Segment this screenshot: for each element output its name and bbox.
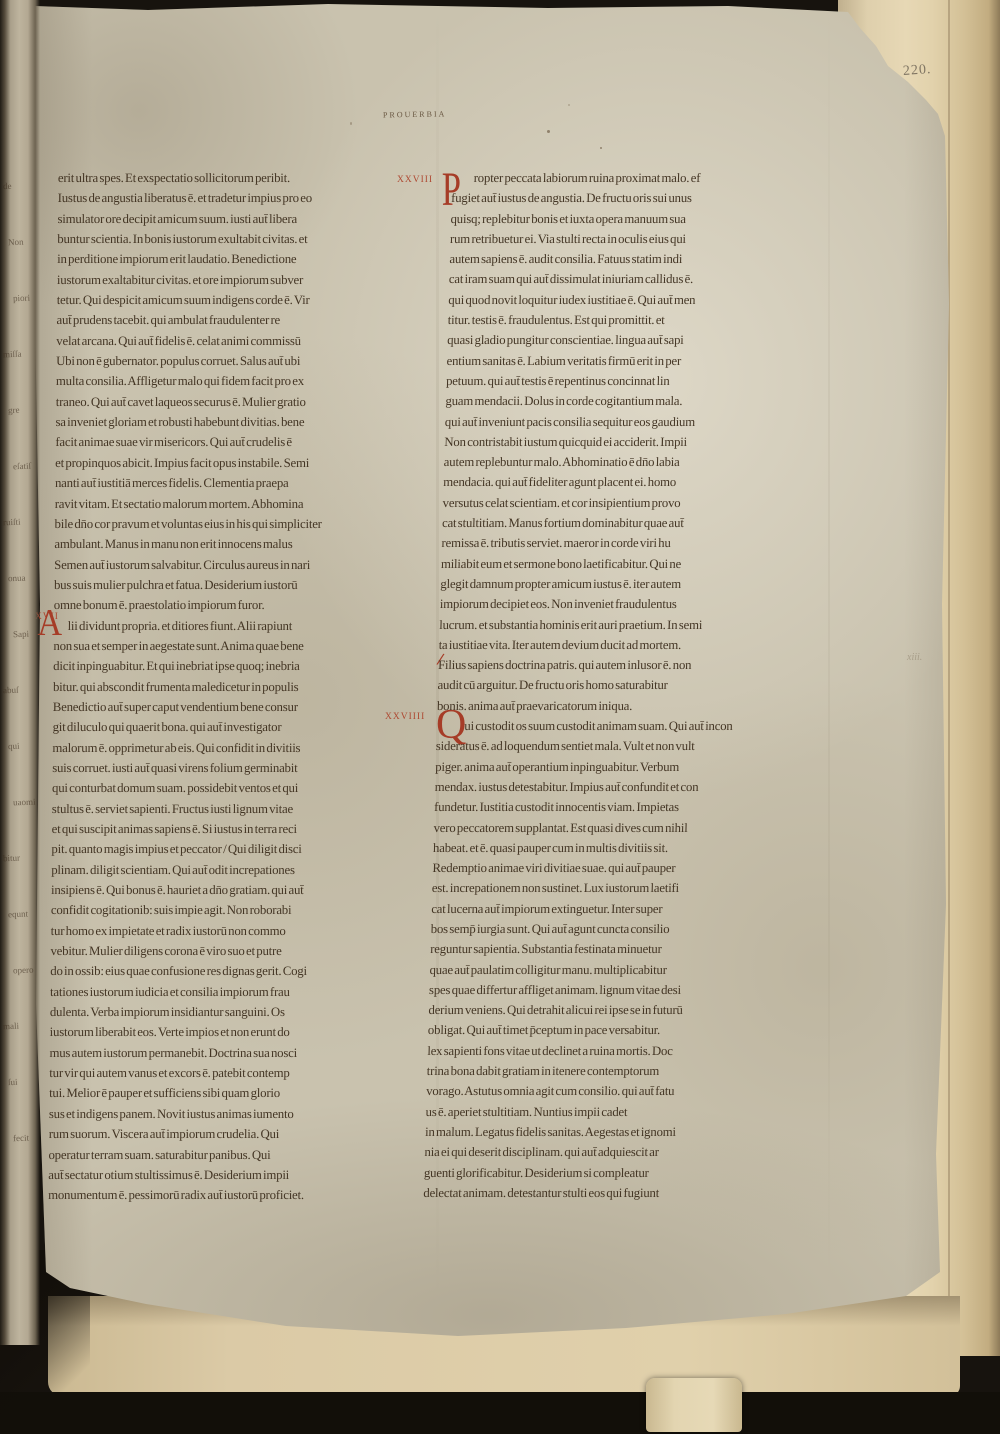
manuscript-photo: deNonpiorimiſſagreeſatiſruiſtionuaSapiab…	[0, 0, 1000, 1434]
manuscript-line: facit animae suae vir misericors. Qui au…	[55, 432, 395, 452]
ink-speck	[600, 147, 602, 149]
manuscript-line: buntur scientia. In bonis iustorum exult…	[57, 229, 397, 249]
manuscript-line: titur. testis ē. fraudulentus. Est qui p…	[447, 310, 793, 330]
binding-gutter: deNonpiorimiſſagreeſatiſruiſtionuaSapiab…	[0, 0, 40, 1345]
manuscript-line: stultus ē. serviet sapienti. Fructus ius…	[52, 799, 392, 819]
manuscript-line: derium veniens. Qui detrahit alicui rei …	[428, 1000, 774, 1020]
folio-number: 220.	[902, 62, 932, 80]
manuscript-line: delectat animam. detestantur stulti eos …	[423, 1183, 769, 1203]
facing-page-fragment: Sapi	[13, 630, 29, 640]
manuscript-line: tetur. Qui despicit amicum suum indigens…	[57, 290, 397, 310]
manuscript-line: ui custodit os suum custodit animam suam…	[436, 716, 782, 736]
manuscript-line: glegit damnum propter amicum iustus ē. i…	[440, 574, 786, 594]
manuscript-line: operatur terram suam. saturabitur panibu…	[48, 1145, 388, 1165]
manuscript-line: in perditione impiorum erit laudatio. Be…	[57, 249, 397, 269]
ink-speck	[568, 104, 570, 106]
manuscript-line: vorago. Astutus omnia agit cum consilio.…	[426, 1081, 772, 1101]
facing-page-fragment: opero	[13, 966, 34, 976]
manuscript-line: iustorum liberabit eos. Verte impios et …	[50, 1022, 390, 1042]
manuscript-line: bonis. anima aut̄ praevaricatorum iniqua…	[437, 696, 783, 716]
manuscript-line: reguntur sapientia. Substantia festinata…	[430, 939, 776, 959]
manuscript-line: Filius sapiens doctrina patris. qui aute…	[438, 655, 784, 675]
manuscript-line: nanti aut̄ iustitiā merces fidelis. Clem…	[55, 473, 395, 493]
facing-page-fragment: fecit	[13, 1134, 29, 1144]
manuscript-line: us ē. aperiet stultitiam. Nuntius impii …	[425, 1102, 771, 1122]
manuscript-line: Ubi non ē gubernator. populus corruet. S…	[56, 351, 396, 371]
manuscript-line: lex sapienti fons vitae ut declinet a ru…	[427, 1041, 773, 1061]
manuscript-line: bus suis mulier pulchra et fatua. Deside…	[54, 575, 394, 595]
manuscript-line: pit. quanto magis impius et peccator / Q…	[51, 839, 391, 859]
manuscript-line: trina bona dabit gratiam in itenere cont…	[426, 1061, 772, 1081]
manuscript-line: ambulant. Manus in manu non erit innocen…	[54, 534, 394, 554]
manuscript-line: aut̄ sectatur otium stultissimus ē. Desi…	[48, 1165, 388, 1185]
manuscript-line: lucrum. et substantia hominis erit auri …	[439, 615, 785, 635]
manuscript-line: versutus celat scientiam. et cor insipie…	[442, 493, 788, 513]
text-column-left: erit ultra spes. Et exspectatio sollicit…	[48, 168, 398, 1206]
manuscript-line: omne bonum ē. praestolatio impiorum furo…	[54, 595, 394, 615]
manuscript-line: obligat. Qui aut̄ timet p̄ceptum in pace…	[428, 1020, 774, 1040]
ink-speck	[547, 130, 550, 133]
manuscript-line: sideratus ē. ad loquendum sentiet mala. …	[436, 736, 782, 756]
manuscript-line: cat iram suam qui aut̄ dissimulat iniuri…	[449, 269, 795, 289]
manuscript-line: rum retribuetur ei. Via stulti recta in …	[450, 229, 796, 249]
photo-background-bottom	[0, 1392, 1000, 1434]
facing-page-fragment: equnt	[8, 910, 28, 920]
manuscript-line: suis corruet. iusti aut̄ quasi virens fo…	[52, 758, 392, 778]
manuscript-line: guenti glorificabitur. Desiderium si com…	[424, 1163, 770, 1183]
manuscript-line: sus et indigens panem. Novit iustus anim…	[49, 1104, 389, 1124]
manuscript-line: vebitur. Mulier diligens corona ē viro s…	[50, 941, 390, 961]
manuscript-line: in malum. Legatus fidelis sanitas. Aeges…	[425, 1122, 771, 1142]
manuscript-line: ropter peccata labiorum ruina proximat m…	[451, 168, 797, 188]
manuscript-line: ta iustitiae vita. Iter autem devium duc…	[438, 635, 784, 655]
manuscript-line: do in ossib: eius quae confusione res di…	[50, 961, 390, 981]
manuscript-line: quasi gladio pungitur conscientiae. ling…	[447, 330, 793, 350]
facing-page-fragment: piori	[13, 294, 30, 304]
manuscript-line: dicit inpinguabitur. Et qui inebriat ips…	[53, 656, 393, 676]
manuscript-line: aut̄ prudens tacebit. qui ambulat fraudu…	[56, 310, 396, 330]
manuscript-line: mendacia. qui aut̄ fideliter agunt place…	[443, 472, 789, 492]
manuscript-line: lii dividunt propria. et ditiores fiunt.…	[54, 616, 394, 636]
manuscript-line: guam mendacii. Dolus in corde cogitantiu…	[445, 391, 791, 411]
manuscript-line: quisq; replebitur bonis et iuxta opera m…	[450, 209, 796, 229]
margin-note-xiii: xiii.	[907, 652, 922, 663]
facing-page-fragment: eſatiſ	[13, 462, 31, 472]
manuscript-line: monumentum ē. pessimorū radix aut̄ iusto…	[48, 1185, 388, 1205]
facing-page-fragment: gre	[8, 406, 20, 415]
manuscript-line: sa inveniet gloriam et robusti habebunt …	[55, 412, 395, 432]
facing-page-fragment: abuſ	[3, 686, 19, 696]
manuscript-line: habeat. et ē. quasi pauper cum in multis…	[433, 838, 779, 858]
facing-page-fragment: mali	[3, 1022, 19, 1032]
manuscript-line: fugiet aut̄ iustus de angustia. De fruct…	[451, 188, 797, 208]
manuscript-line: tur homo ex impietate et radix iustorū n…	[51, 921, 391, 941]
manuscript-line: Benedictio aut̄ super caput vendentium b…	[53, 697, 393, 717]
facing-page-fragment: uaomi	[13, 798, 36, 808]
manuscript-line: impiorum decipiet eos. Non inveniet frau…	[440, 594, 786, 614]
chapter-marker-xxviii: XXVIII	[397, 175, 433, 185]
manuscript-line: plinam. diligit scientiam. Qui aut̄ odit…	[51, 860, 391, 880]
manuscript-line: autem replebuntur malo. Abhominatio ē dn…	[443, 452, 789, 472]
manuscript-line: piger. anima aut̄ operantium inpinguabit…	[435, 757, 781, 777]
manuscript-line: mus autem iustorum permanebit. Doctrina …	[49, 1043, 389, 1063]
manuscript-line: git diluculo qui quaerit bona. qui aut̄ …	[53, 717, 393, 737]
manuscript-line: multa consilia. Affligetur malo qui fide…	[56, 371, 396, 391]
manuscript-line: et propinquos abicit. Impius facit opus …	[55, 453, 395, 473]
manuscript-line: spes quae differtur affliget animam. lig…	[429, 980, 775, 1000]
parchment-crease	[828, 4, 830, 1304]
manuscript-line: qui aut̄ inveniunt pacis consilia sequit…	[445, 412, 791, 432]
manuscript-line: vero peccatorem supplantat. Est quasi di…	[433, 818, 779, 838]
manuscript-line: miliabit eum et sermone bono laetificabi…	[441, 554, 787, 574]
manuscript-line: nia ei qui deserit disciplinam. qui aut̄…	[424, 1142, 770, 1162]
manuscript-line: traneo. Qui aut̄ cavet laqueos securus ē…	[56, 392, 396, 412]
manuscript-line: est. increpationem non sustinet. Lux ius…	[432, 878, 778, 898]
manuscript-line: dulenta. Verba impiorum insidiantur sang…	[50, 1002, 390, 1022]
facing-page-fragment: ſui	[8, 1078, 18, 1087]
manuscript-line: autem sapiens ē. audit consilia. Fatuus …	[449, 249, 795, 269]
facing-page-fragment: onua	[8, 574, 26, 584]
manuscript-line: simulator ore decipit amicum suum. iusti…	[57, 209, 397, 229]
manuscript-line: cat lucerna aut̄ impiorum extinguetur. I…	[431, 899, 777, 919]
manuscript-line: Redemptio animae viri divitiae suae. qui…	[432, 858, 778, 878]
manuscript-line: tui. Melior ē pauper et sufficiens sibi …	[49, 1083, 389, 1103]
manuscript-line: tationes iustorum iudicia et consilia im…	[50, 982, 390, 1002]
manuscript-line: entium sanitas ē. Labium veritatis firmū…	[446, 351, 792, 371]
facing-page-fragment: ruiſti	[3, 518, 21, 528]
manuscript-line: confidit cogitationib: suis impie agit. …	[51, 900, 391, 920]
manuscript-line: remissa ē. tributis serviet. maeror in c…	[441, 533, 787, 553]
manuscript-line: et qui suscipit animas sapiens ē. Si ius…	[52, 819, 392, 839]
facing-page-fragment: qui	[8, 742, 20, 751]
manuscript-line: bos semp̄ iurgia sunt. Qui aut̄ agunt cu…	[430, 919, 776, 939]
manuscript-line: qui conturbat domum suam. possidebit ven…	[52, 778, 392, 798]
manuscript-line: audit cū arguitur. De fructu oris homo s…	[437, 675, 783, 695]
manuscript-line: Non contristabit iustum quicquid ei acci…	[444, 432, 790, 452]
manuscript-line: Semen aut̄ iustorum salvabitur. Circulus…	[54, 555, 394, 575]
manuscript-line: fundetur. Iustitia custodit innocentis v…	[434, 797, 780, 817]
text-column-right: ropter peccata labiorum ruina proximat m…	[423, 168, 797, 1203]
manuscript-line: qui quod novit loquitur iudex iustitiae …	[448, 290, 794, 310]
manuscript-line: iustorum exaltabitur civitas. et ore imp…	[57, 270, 397, 290]
manuscript-line: velat arcana. Qui aut̄ fidelis ē. celat …	[56, 331, 396, 351]
manuscript-line: Iustus de angustia liberatus ē. et trade…	[58, 188, 398, 208]
manuscript-line: tur vir qui autem vanus et excors ē. pat…	[49, 1063, 389, 1083]
manuscript-line: rum suorum. Viscera aut̄ impiorum crudel…	[49, 1124, 389, 1144]
facing-page-fragment: Non	[8, 238, 24, 248]
manuscript-line: mendax. iustus detestabitur. Impius aut̄…	[434, 777, 780, 797]
ink-speck	[350, 122, 352, 125]
manuscript-line: non sua et semper in aegestate sunt. Ani…	[53, 636, 393, 656]
facing-page-fragment: bitur	[3, 854, 20, 864]
manuscript-line: petuum. qui aut̄ testis ē repentinus con…	[446, 371, 792, 391]
facing-page-fragment: de	[3, 182, 12, 191]
manuscript-line: quae aut̄ paulatim colligitur manu. mult…	[429, 960, 775, 980]
vellum-tab	[646, 1378, 742, 1432]
manuscript-line: insipiens ē. Qui bonus ē. hauriet a dn̄o…	[51, 880, 391, 900]
manuscript-line: malorum ē. opprimetur ab eis. Qui confid…	[52, 738, 392, 758]
manuscript-line: erit ultra spes. Et exspectatio sollicit…	[58, 168, 398, 188]
manuscript-line: cat stultitiam. Manus fortium dominabitu…	[442, 513, 788, 533]
running-title: prouerbia	[383, 107, 447, 120]
manuscript-line: bile dn̄o cor pravum et voluntas eius in…	[54, 514, 394, 534]
facing-page-fragment: miſſa	[3, 350, 22, 360]
manuscript-line: ravit vitam. Et sectatio malorum mortem.…	[55, 494, 395, 514]
manuscript-line: bitur. qui abscondit frumenta maledicetu…	[53, 677, 393, 697]
